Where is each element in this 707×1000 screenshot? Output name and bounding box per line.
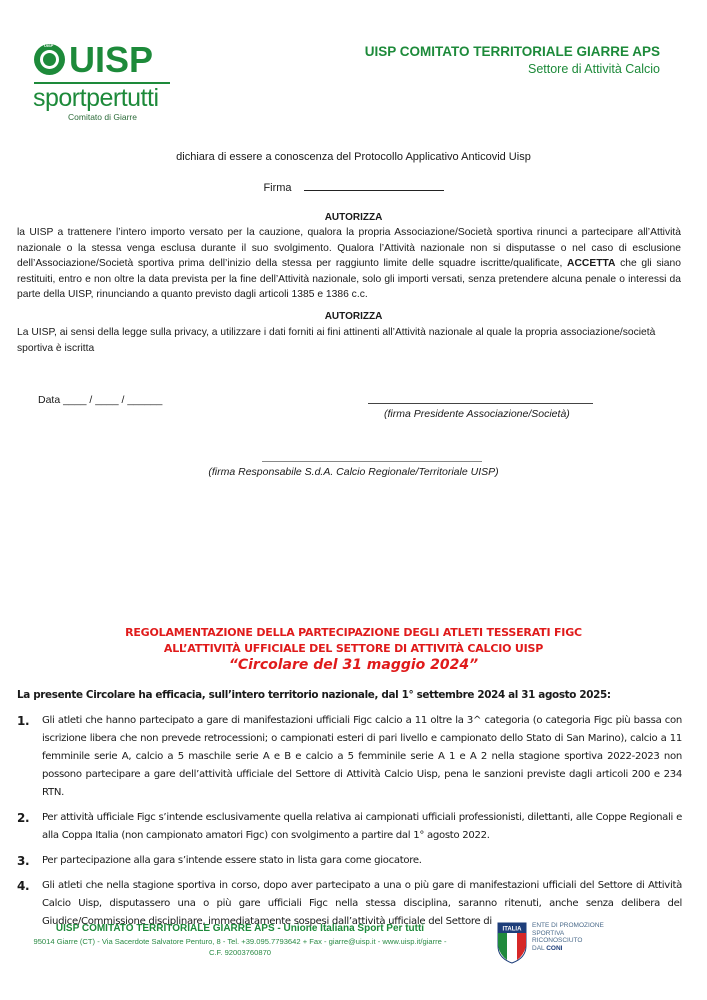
regulation-list: 1. Gli atleti che hanno partecipato a ga… — [17, 712, 682, 938]
italia-shield-icon: ITALIA — [497, 922, 527, 964]
logo-committee: Comitato di Giarre — [68, 112, 137, 122]
manager-signature-caption: (firma Responsabile S.d.A. Calcio Region… — [0, 465, 707, 481]
logo-tagline: sportpertutti — [33, 83, 159, 113]
coni-recognition: ENTE DI PROMOZIONE SPORTIVA RICONOSCIUTO… — [532, 922, 604, 952]
accetta-keyword: ACCETTA — [567, 258, 615, 269]
uisp-logo: UISP UISP sportpertutti Comitato di Giar… — [32, 40, 182, 125]
date-field[interactable]: Data ____ / ____ / ______ — [38, 393, 162, 409]
list-item: 3. Per partecipazione alla gara s’intend… — [17, 852, 682, 870]
declaration-text: dichiara di essere a conoscenza del Prot… — [0, 150, 707, 166]
authorization-body-2: La UISP, ai sensi della legge sulla priv… — [17, 325, 681, 356]
authorization-heading-2: AUTORIZZA — [0, 311, 707, 322]
regulation-title: REGOLAMENTAZIONE DELLA PARTECIPAZIONE DE… — [0, 625, 707, 657]
firma-row: Firma — [0, 181, 707, 197]
svg-text:ITALIA: ITALIA — [503, 927, 523, 933]
authorization-heading-1: AUTORIZZA — [0, 212, 707, 223]
firma-signature-line[interactable] — [304, 181, 444, 191]
footer-title: UISP COMITATO TERRITORIALE GIARRE APS - … — [0, 923, 480, 934]
authorization-body-1: la UISP a trattenere l’intero importo ve… — [17, 225, 681, 303]
header-title: UISP COMITATO TERRITORIALE GIARRE APS — [365, 44, 660, 59]
list-item: 1. Gli atleti che hanno partecipato a ga… — [17, 712, 682, 802]
footer-address: 95014 Giarre (CT) - Via Sacerdote Salvat… — [0, 936, 480, 958]
regulation-intro: La presente Circolare ha efficacia, sull… — [17, 689, 697, 701]
regulation-subtitle: “Circolare del 31 maggio 2024” — [0, 657, 707, 673]
logo-brand: UISP — [69, 40, 153, 80]
president-signature-line[interactable] — [368, 403, 593, 404]
list-item: 2. Per attività ufficiale Figc s’intende… — [17, 809, 682, 845]
header-subtitle: Settore di Attività Calcio — [528, 62, 660, 76]
manager-signature-line[interactable] — [262, 461, 482, 462]
president-signature-caption: (firma Presidente Associazione/Società) — [384, 407, 570, 423]
firma-label: Firma — [263, 182, 291, 194]
uisp-emblem-icon: UISP — [34, 44, 65, 75]
